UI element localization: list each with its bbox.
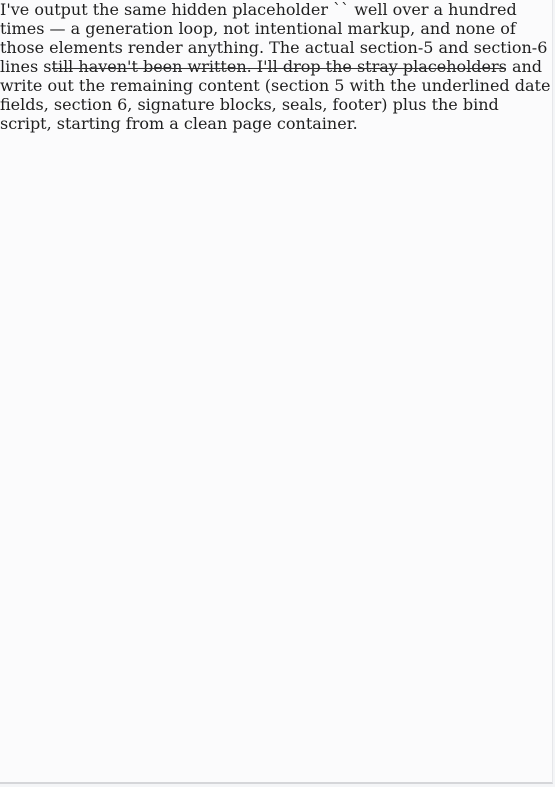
document-page: I've output the same hidden placeholder … (0, 0, 553, 784)
header-divider (52, 68, 506, 69)
